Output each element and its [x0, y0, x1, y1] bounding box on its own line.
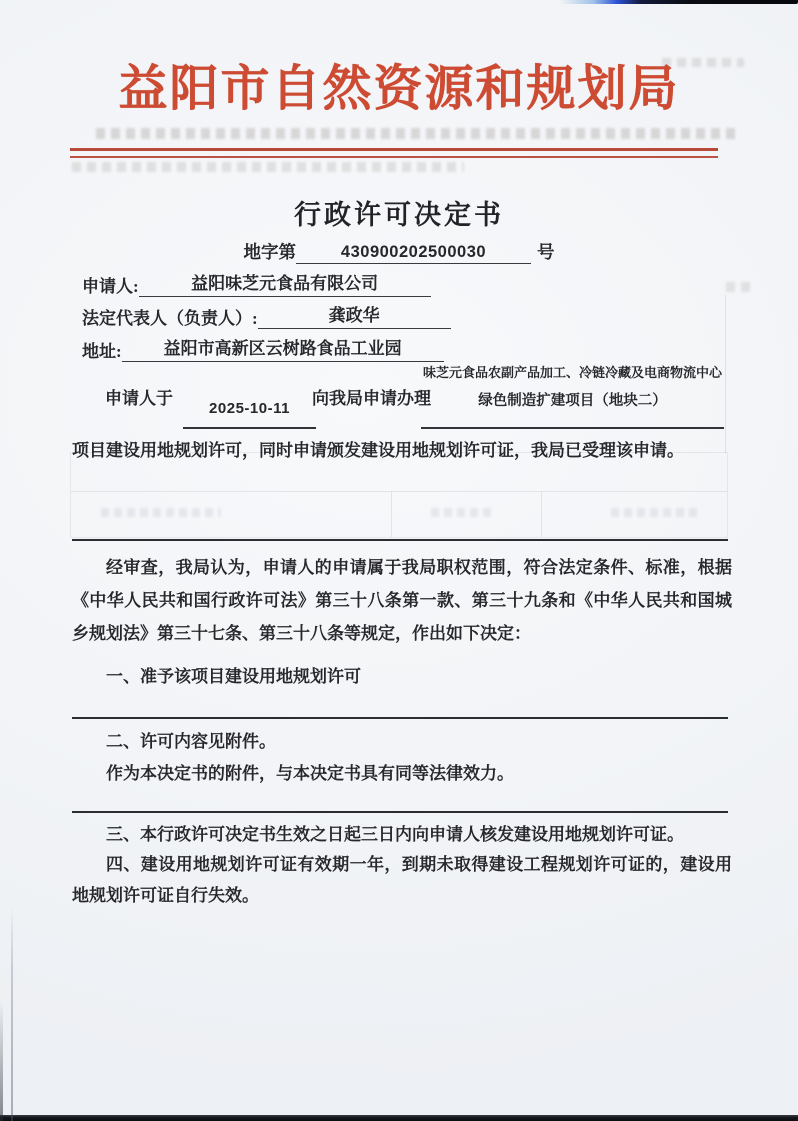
- applicant-label: 申请人:: [82, 272, 139, 297]
- review-paragraph: 经审查，我局认为，申请人的申请属于我局职权范围，符合法定条件、标准，根据《中华人…: [72, 551, 732, 650]
- section-divider-2: [72, 717, 728, 719]
- doc-number-suffix: 号: [537, 239, 555, 264]
- bleedthrough-note-mark: [726, 282, 752, 292]
- decision-item-2: 二、许可内容见附件。: [72, 725, 732, 758]
- legal-representative-value: 龚政华: [258, 301, 451, 329]
- legal-representative-field: 法定代表人（负责人）: 龚政华: [82, 301, 451, 329]
- bleedthrough-table: [70, 452, 728, 538]
- legal-representative-label: 法定代表人（负责人）:: [82, 304, 258, 329]
- project-name-line1: 味芝元食品农副产品加工、冷链冷藏及电商物流中心: [421, 362, 724, 381]
- project-name-field: 味芝元食品农副产品加工、冷链冷藏及电商物流中心 绿色制造扩建项目（地块二）: [421, 362, 724, 429]
- section-divider-3: [72, 811, 728, 813]
- section-divider-1: [72, 539, 728, 541]
- bleedthrough-table-vline: [725, 295, 726, 453]
- address-label: 地址:: [82, 337, 122, 362]
- scan-bottom-edge-artifact: [0, 1115, 798, 1121]
- decision-item-2-note: 作为本决定书的附件，与本决定书具有同等法律效力。: [72, 757, 732, 790]
- scan-left-edge-artifact: [0, 1000, 3, 1121]
- decision-item-4: 四、建设用地规划许可证有效期一年，到期未取得建设工程规划许可证的，建设用地规划许…: [72, 849, 732, 911]
- agency-letterhead-title: 益阳市自然资源和规划局: [0, 50, 798, 120]
- applied-for-label: 向我局申请办理: [312, 384, 431, 409]
- letterhead-double-rule: [70, 148, 718, 158]
- bleedthrough-text-top: [96, 128, 738, 139]
- scan-top-edge-artifact: [560, 0, 798, 4]
- application-statement: 项目建设用地规划许可，同时申请颁发建设用地规划许可证，我局已受理该申请。: [72, 436, 684, 461]
- application-date: 2025-10-11: [183, 394, 316, 429]
- address-value: 益阳市高新区云树路食品工业园: [122, 334, 444, 362]
- document-title: 行政许可决定书: [0, 193, 798, 232]
- applicant-field: 申请人: 益阳味芝元食品有限公司: [82, 269, 431, 297]
- bleedthrough-text-below-rule: [72, 162, 464, 172]
- doc-number-value: 430900202500030: [296, 243, 531, 264]
- address-field: 地址: 益阳市高新区云树路食品工业园: [82, 334, 444, 362]
- decision-item-3: 三、本行政许可决定书生效之日起三日内向申请人核发建设用地规划许可证。: [72, 818, 732, 851]
- applied-on-label: 申请人于: [105, 384, 173, 409]
- scanned-document-page: 益阳市自然资源和规划局 行政许可决定书 地字第 430900202500030 …: [0, 0, 798, 1121]
- applicant-value: 益阳味芝元食品有限公司: [139, 269, 431, 297]
- decision-item-1: 一、准予该项目建设用地规划许可: [72, 660, 732, 693]
- document-number-line: 地字第 430900202500030 号: [0, 239, 798, 264]
- project-name-line2: 绿色制造扩建项目（地块二）: [421, 389, 724, 410]
- doc-number-prefix: 地字第: [244, 239, 297, 264]
- scan-left-crease-line: [11, 905, 13, 1121]
